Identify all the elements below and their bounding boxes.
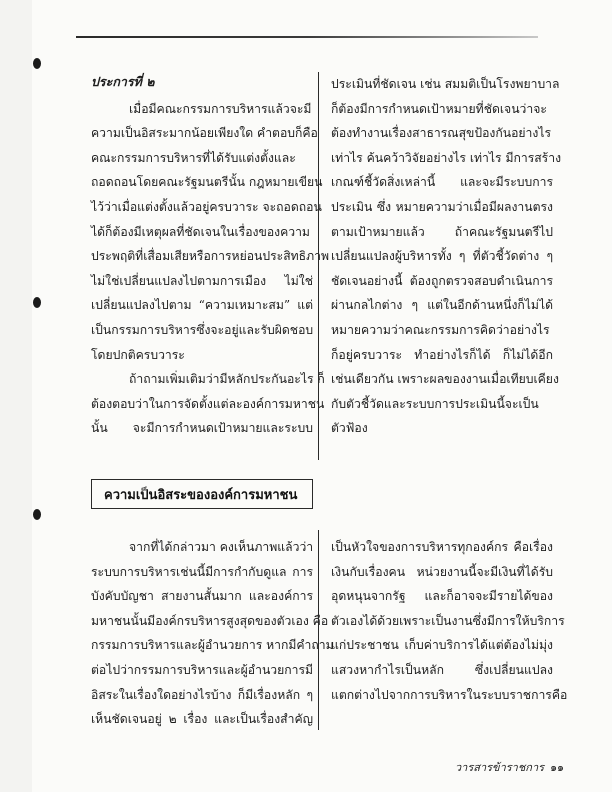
text-line: ต่อไปว่ากรรมการบริหารและผู้อำนวยการมี	[91, 658, 313, 683]
text-line: ไว้ว่าเมื่อแต่งตั้งแล้วอยู่ครบวาระ จะถอด…	[91, 195, 313, 220]
paragraph: ประเมินที่ชัดเจน เช่น สมมติเป็นโรงพยาบาล…	[331, 72, 553, 441]
subheading: ประการที่ ๒	[91, 70, 313, 95]
section2-right-column: เป็นหัวใจของการบริหารทุกองค์กร คือเรื่อง…	[331, 535, 553, 707]
text-line: อิสระในเรื่องใดอย่างไรบ้าง ก็มีเรื่องหลั…	[91, 683, 313, 708]
column-divider	[318, 72, 319, 460]
column-divider	[318, 530, 319, 730]
section2-left-column: จากที่ได้กล่าวมา คงเห็นภาพแล้วว่า ระบบกา…	[91, 535, 313, 732]
text-line: เป็นกรรมการบริหารซึ่งจะอยู่และรับผิดชอบ	[91, 318, 313, 343]
text-line: เป็นหัวใจของการบริหารทุกองค์กร คือเรื่อง	[331, 535, 553, 560]
paragraph: เมื่อมีคณะกรรมการบริหารแล้วจะมี ความเป็น…	[91, 97, 313, 368]
text-line: เช่นเดียวกัน เพราะผลของงานเมื่อเทียบเคีย…	[331, 367, 553, 392]
text-line: มหาชนนั้นมีองค์กรบริหารสูงสุดของตัวเอง ค…	[91, 609, 313, 634]
text-line: ก็อยู่ครบวาระ ทำอย่างไรก็ได้ ก็ไม่ได้อีก	[331, 343, 553, 368]
text-line: เท่าไร ค้นคว้าวิจัยอย่างไร เท่าไร มีการส…	[331, 146, 553, 171]
paragraph: เป็นหัวใจของการบริหารทุกองค์กร คือเรื่อง…	[331, 535, 553, 707]
text-line: ตัวฟ้อง	[331, 416, 553, 441]
text-line: ต้องทำงานเรื่องสาธารณสุขป้องกันอย่างไร	[331, 121, 553, 146]
paragraph: ถ้าถามเพิ่มเติมว่ามีหลักประกันอะไร ก็ ต้…	[91, 367, 313, 441]
text-line: เห็นชัดเจนอยู่ ๒ เรื่อง และเป็นเรื่องสำค…	[91, 707, 313, 732]
text-line: นั้น จะมีการกำหนดเป้าหมายและระบบ	[91, 416, 313, 441]
header-rule	[76, 36, 538, 38]
text-line: คณะกรรมการบริหารที่ได้รับแต่งตั้งและ	[91, 146, 313, 171]
section-title: ความเป็นอิสระขององค์การมหาชน	[104, 484, 297, 505]
text-line: ตัวเองได้ด้วยเพราะเป็นงานซึ่งมีการให้บริ…	[331, 609, 553, 634]
text-line: ไม่ใช่เปลี่ยนแปลงไปตามการเมือง ไม่ใช่	[91, 269, 313, 294]
text-line: ประเมิน ซึ่ง หมายความว่าเมื่อมีผลงานตรง	[331, 195, 553, 220]
text-line: กับตัวชี้วัดและระบบการประเมินนี้จะเป็น	[331, 392, 553, 417]
text-line: หมายความว่าคณะกรรมการคิดว่าอย่างไร	[331, 318, 553, 343]
page-number: ๑๑	[550, 761, 564, 774]
binder-hole-mark	[33, 58, 41, 69]
binder-hole-mark	[33, 297, 41, 308]
paragraph: จากที่ได้กล่าวมา คงเห็นภาพแล้วว่า ระบบกา…	[91, 535, 313, 732]
text-line: แสวงหากำไรเป็นหลัก ซึ่งเปลี่ยนแปลง	[331, 658, 553, 683]
text-line: ได้ก็ต้องมีเหตุผลที่ชัดเจนในเรื่องของควา…	[91, 220, 313, 245]
scanned-page-margin	[0, 0, 32, 792]
text-line: เมื่อมีคณะกรรมการบริหารแล้วจะมี	[91, 97, 313, 122]
binder-hole-mark	[33, 509, 41, 520]
text-line: ถอดถอนโดยคณะรัฐมนตรีนั้น กฎหมายเขียน	[91, 170, 313, 195]
text-line: เปลี่ยนแปลงผู้บริหารทั้ง ๆ ที่ตัวชี้วัดต…	[331, 244, 553, 269]
page-footer: วารสารข้าราชการ๑๑	[455, 758, 564, 776]
text-line: ก็ต้องมีการกำหนดเป้าหมายที่ชัดเจนว่าจะ	[331, 97, 553, 122]
text-line: อุดหนุนจากรัฐ และก็อาจจะมีรายได้ของ	[331, 584, 553, 609]
text-line: ชัดเจนอย่างนี้ ต้องถูกตรวจสอบดำเนินการ	[331, 269, 553, 294]
text-line: ตามเป้าหมายแล้ว ถ้าคณะรัฐมนตรีไป	[331, 220, 553, 245]
text-line: เงินกับเรื่องคน หน่วยงานนี้จะมีเงินที่ได…	[331, 560, 553, 585]
text-line: แก่ประชาชน เก็บค่าบริการได้แต่ต้องไม่มุ่…	[331, 633, 553, 658]
text-line: โดยปกติครบวาระ	[91, 343, 313, 368]
text-line: ประเมินที่ชัดเจน เช่น สมมติเป็นโรงพยาบาล	[331, 72, 553, 97]
text-line: ความเป็นอิสระมากน้อยเพียงใด คำตอบก็คือ	[91, 121, 313, 146]
text-line: ผ่านกลไกต่าง ๆ แต่ในอีกด้านหนึ่งก็ไม่ได้	[331, 293, 553, 318]
section-title-box: ความเป็นอิสระขององค์การมหาชน	[91, 479, 313, 509]
text-line: ถ้าถามเพิ่มเติมว่ามีหลักประกันอะไร ก็	[91, 367, 313, 392]
section1-right-column: ประเมินที่ชัดเจน เช่น สมมติเป็นโรงพยาบาล…	[331, 72, 553, 441]
text-line: ต้องตอบว่าในการจัดตั้งแต่ละองค์การมหาชน	[91, 392, 313, 417]
text-line: เกณฑ์ชี้วัดสิ่งเหล่านี้ และจะมีระบบการ	[331, 170, 553, 195]
text-line: ประพฤติที่เสื่อมเสียหรือการหย่อนประสิทธิ…	[91, 244, 313, 269]
text-line-with-quote: เปลี่ยนแปลงไปตาม “ความเหมาะสม” แต่	[91, 293, 313, 318]
text-line: บังคับบัญชา สายงานสั้นมาก และองค์การ	[91, 584, 313, 609]
text-line: แตกต่างไปจากการบริหารในระบบราชการคือ	[331, 683, 553, 708]
text-line: กรรมการบริหารและผู้อำนวยการ หากมีคำถาม	[91, 633, 313, 658]
text-line: จากที่ได้กล่าวมา คงเห็นภาพแล้วว่า	[91, 535, 313, 560]
text-line: ระบบการบริหารเช่นนี้มีการกำกับดูแล การ	[91, 560, 313, 585]
journal-title: วารสารข้าราชการ	[455, 761, 544, 774]
section1-left-column: ประการที่ ๒ เมื่อมีคณะกรรมการบริหารแล้วจ…	[91, 70, 313, 441]
